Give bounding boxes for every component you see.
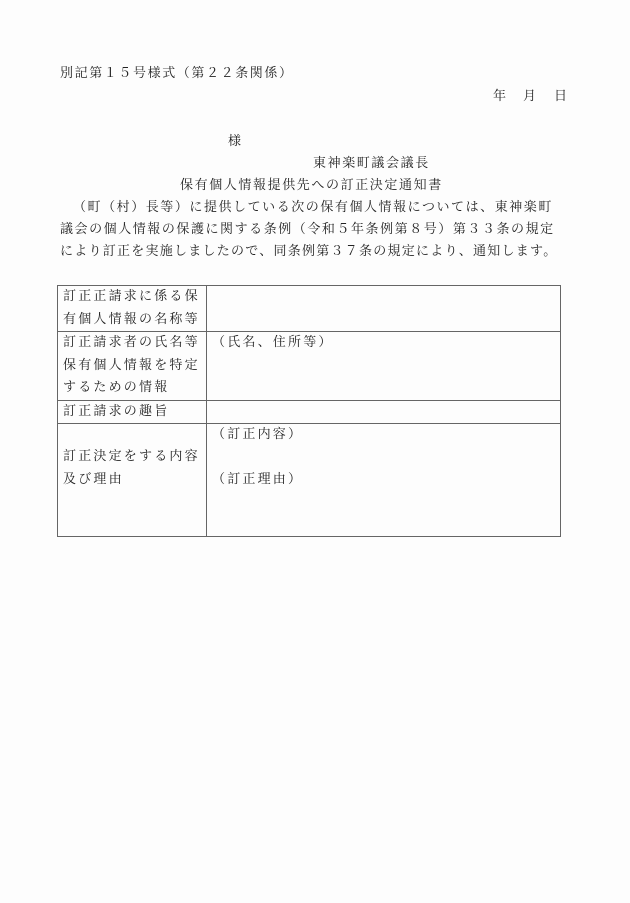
row-label: 訂正請求者の氏名等 保有個人情報を特定 するための情報 (58, 332, 207, 401)
document-title: 保有個人情報提供先への訂正決定通知書 (180, 179, 443, 192)
body-line: 議会の個人情報の保護に関する条例（令和５年条例第８号）第３３条の規定 (60, 223, 570, 236)
recipient-suffix: 様 (228, 135, 241, 148)
row-label: 訂正正請求に係る保 有個人情報の名称等 (58, 286, 207, 332)
row-label: 訂正決定をする内容 及び理由 (58, 424, 207, 537)
sender: 東神楽町議会議長 (313, 157, 430, 170)
date-year: 年 (493, 90, 506, 103)
row-value (207, 400, 561, 424)
table-row: 訂正請求者の氏名等 保有個人情報を特定 するための情報 （氏名、住所等） (58, 332, 561, 401)
row-value: （氏名、住所等） (207, 332, 561, 401)
body-line: （町（村）長等）に提供している次の保有個人情報については、東神楽町 (73, 201, 583, 214)
table-row: 訂正請求の趣旨 (58, 400, 561, 424)
form-number: 別記第１５号様式（第２２条関係） (60, 67, 294, 80)
table-row: 訂正決定をする内容 及び理由 （訂正内容） （訂正理由） (58, 424, 561, 537)
row-label: 訂正請求の趣旨 (58, 400, 207, 424)
notice-table: 訂正正請求に係る保 有個人情報の名称等 訂正請求者の氏名等 保有個人情報を特定 … (57, 285, 561, 537)
row-value: （訂正内容） （訂正理由） (207, 424, 561, 537)
date-day: 日 (554, 90, 567, 103)
row-value (207, 286, 561, 332)
body-line: により訂正を実施しましたので、同条例第３７条の規定により、通知します。 (60, 245, 570, 258)
date-month: 月 (523, 90, 536, 103)
table-row: 訂正正請求に係る保 有個人情報の名称等 (58, 286, 561, 332)
